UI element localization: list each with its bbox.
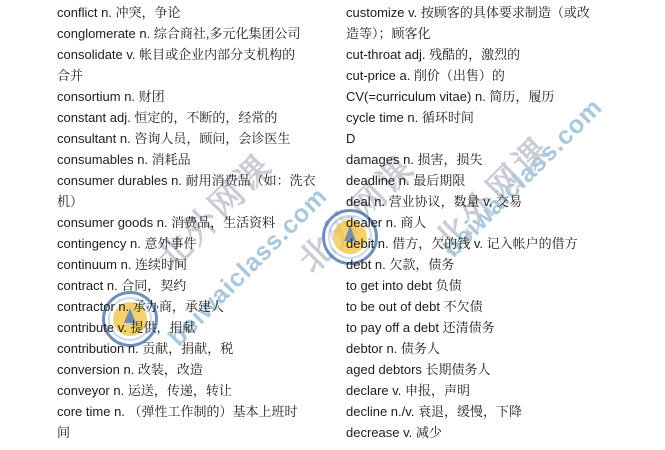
glossary-line: 合并 — [57, 65, 316, 86]
glossary-line: consolidate v. 帐目或企业内部分支机构的 — [57, 44, 316, 65]
glossary-line: consultant n. 咨询人员，顾问，会诊医生 — [57, 128, 316, 149]
glossary-line: 间 — [57, 422, 316, 443]
glossary-line: D — [346, 128, 590, 149]
glossary-line: customize v. 按顾客的具体要求制造（或改 — [346, 2, 590, 23]
glossary-line: 造等）；顾客化 — [346, 23, 590, 44]
glossary-column-left: conflict n. 冲突，争论conglomerate n. 综合商社,多元… — [57, 2, 316, 443]
glossary-line: debt n. 欠款，债务 — [346, 254, 590, 275]
glossary-line: to pay off a debt 还清债务 — [346, 317, 590, 338]
glossary-line: conglomerate n. 综合商社,多元化集团公司 — [57, 23, 316, 44]
glossary-line: aged debtors 长期债务人 — [346, 359, 590, 380]
glossary-line: contract n. 合同，契约 — [57, 275, 316, 296]
glossary-line: CV(=curriculum vitae) n. 简历，履历 — [346, 86, 590, 107]
glossary-line: deal n. 营业协议，数量 v. 交易 — [346, 191, 590, 212]
glossary-line: constant adj. 恒定的，不断的，经常的 — [57, 107, 316, 128]
glossary-line: consumer goods n. 消费品，生活资料 — [57, 212, 316, 233]
glossary-line: contribute v. 提供，捐献 — [57, 317, 316, 338]
glossary-line: debit n. 借方，欠的钱 v. 记入帐户的借方 — [346, 233, 590, 254]
glossary-line: conversion n. 改装，改造 — [57, 359, 316, 380]
glossary-line: cycle time n. 循环时间 — [346, 107, 590, 128]
glossary-line: consumables n. 消耗品 — [57, 149, 316, 170]
glossary-line: contractor n. 承办商，承建人 — [57, 296, 316, 317]
glossary-line: to be out of debt 不欠债 — [346, 296, 590, 317]
glossary-line: conveyor n. 运送，传递，转让 — [57, 380, 316, 401]
glossary-line: to get into debt 负债 — [346, 275, 590, 296]
glossary-line: consortium n. 财团 — [57, 86, 316, 107]
glossary-line: cut-price a. 削价（出售）的 — [346, 65, 590, 86]
glossary-line: conflict n. 冲突，争论 — [57, 2, 316, 23]
glossary-page: { "glossary": { "left_lines": [ "conflic… — [0, 0, 665, 450]
glossary-line: contribution n. 贡献，捐献，税 — [57, 338, 316, 359]
glossary-line: dealer n. 商人 — [346, 212, 590, 233]
glossary-column-right: customize v. 按顾客的具体要求制造（或改造等）；顾客化cut-thr… — [346, 2, 590, 443]
glossary-line: damages n. 损害，损失 — [346, 149, 590, 170]
glossary-line: continuum n. 连续时间 — [57, 254, 316, 275]
glossary-line: decline n./v. 衰退，缓慢，下降 — [346, 401, 590, 422]
glossary-line: decrease v. 减少 — [346, 422, 590, 443]
glossary-line: contingency n. 意外事件 — [57, 233, 316, 254]
glossary-line: cut-throat adj. 残酷的，激烈的 — [346, 44, 590, 65]
glossary-line: consumer durables n. 耐用消费品（如：洗衣 — [57, 170, 316, 191]
glossary-line: core time n. （弹性工作制的）基本上班时 — [57, 401, 316, 422]
glossary-line: 机） — [57, 191, 316, 212]
glossary-line: deadline n. 最后期限 — [346, 170, 590, 191]
glossary-line: declare v. 申报，声明 — [346, 380, 590, 401]
glossary-line: debtor n. 债务人 — [346, 338, 590, 359]
